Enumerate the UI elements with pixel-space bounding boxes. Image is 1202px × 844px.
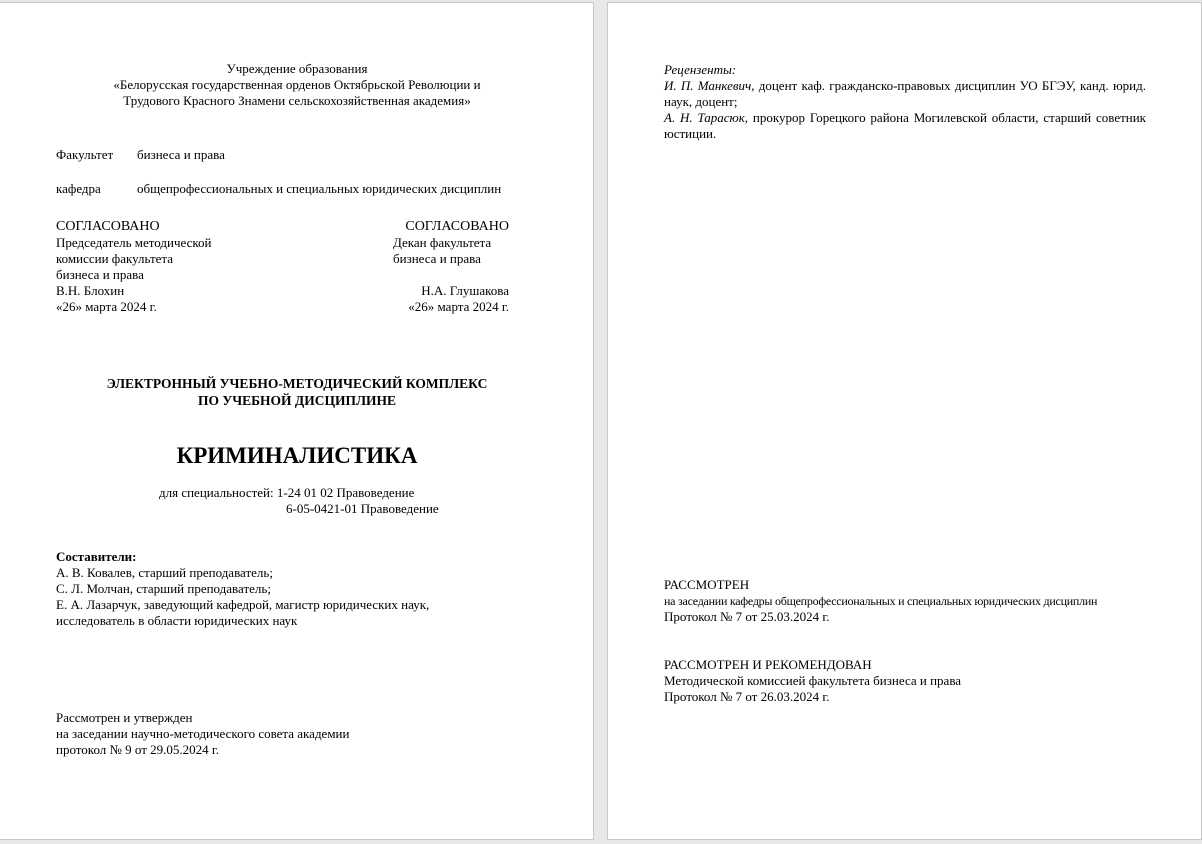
agreed-right-line: Декан факультета: [393, 235, 509, 251]
reviewers-header: Рецензенты:: [664, 62, 1146, 78]
reviewers-block: Рецензенты: И. П. Манкевич, доцент каф. …: [664, 62, 1146, 142]
approved-line: протокол № 9 от 29.05.2024 г.: [56, 742, 349, 758]
reviewed-header: РАССМОТРЕН: [664, 577, 1097, 593]
department-label: кафедра: [56, 181, 101, 197]
agreed-left-name: В.Н. Блохин: [56, 283, 212, 299]
recommended-line-2: Протокол № 7 от 26.03.2024 г.: [664, 689, 961, 705]
agreed-right-line: бизнеса и права: [393, 251, 509, 267]
agreed-right-header: СОГЛАСОВАНО: [393, 218, 509, 235]
faculty-value: бизнеса и права: [137, 147, 225, 163]
author-line: С. Л. Молчан, старший преподаватель;: [56, 581, 429, 597]
agreed-block-left: СОГЛАСОВАНО Председатель методической ко…: [56, 218, 212, 315]
reviewed-line-2: Протокол № 7 от 25.03.2024 г.: [664, 609, 1097, 625]
approved-line: на заседании научно-методического совета…: [56, 726, 349, 742]
discipline-title: КРИМИНАЛИСТИКА: [0, 442, 594, 470]
document-page-2: Рецензенты: И. П. Манкевич, доцент каф. …: [607, 2, 1202, 840]
agreed-left-line: комиссии факультета: [56, 251, 212, 267]
agreed-left-line: бизнеса и права: [56, 267, 212, 283]
document-page-1: Учреждение образования «Белорусская госу…: [0, 2, 594, 840]
reviewed-line-1: на заседании кафедры общепрофессиональны…: [664, 593, 1097, 609]
faculty-label: Факультет: [56, 147, 113, 163]
institution-line-1: Учреждение образования: [0, 61, 594, 77]
recommended-block: РАССМОТРЕН И РЕКОМЕНДОВАН Методической к…: [664, 657, 961, 705]
institution-line-3: Трудового Красного Знамени сельскохозяйс…: [0, 93, 594, 109]
department-value: общепрофессиональных и специальных юриди…: [137, 181, 501, 197]
agreed-block-right: СОГЛАСОВАНО Декан факультета бизнеса и п…: [393, 218, 509, 315]
reviewed-block: РАССМОТРЕН на заседании кафедры общепроф…: [664, 577, 1097, 625]
authors-header: Составители:: [56, 549, 429, 565]
reviewer-name: И. П. Манкевич: [664, 78, 751, 93]
reviewer-name: А. Н. Тарасюк,: [664, 110, 748, 125]
specialties-block: для специальностей: 1-24 01 02 Правоведе…: [159, 485, 439, 517]
approved-block: Рассмотрен и утвержден на заседании науч…: [56, 710, 349, 758]
approved-line: Рассмотрен и утвержден: [56, 710, 349, 726]
author-line: Е. А. Лазарчук, заведующий кафедрой, маг…: [56, 597, 429, 613]
institution-line-2: «Белорусская государственная орденов Окт…: [0, 77, 594, 93]
agreed-left-line: Председатель методической: [56, 235, 212, 251]
author-line: исследователь в области юридических наук: [56, 613, 429, 629]
institution-header: Учреждение образования «Белорусская госу…: [0, 61, 594, 109]
recommended-line-1: Методической комиссией факультета бизнес…: [664, 673, 961, 689]
agreed-right-date: «26» марта 2024 г.: [393, 299, 509, 315]
specialty-item: 1-24 01 02 Правоведение: [277, 485, 415, 500]
authors-block: Составители: А. В. Ковалев, старший преп…: [56, 549, 429, 629]
agreed-right-name: Н.А. Глушакова: [393, 283, 509, 299]
complex-title-line-2: ПО УЧЕБНОЙ ДИСЦИПЛИНЕ: [0, 392, 594, 409]
reviewer-item: И. П. Манкевич, доцент каф. гражданско-п…: [664, 78, 1146, 110]
complex-title-line-1: ЭЛЕКТРОННЫЙ УЧЕБНО-МЕТОДИЧЕСКИЙ КОМПЛЕКС: [0, 375, 594, 392]
agreed-left-header: СОГЛАСОВАНО: [56, 218, 212, 235]
specialty-item: 6-05-0421-01 Правоведение: [159, 501, 439, 517]
recommended-header: РАССМОТРЕН И РЕКОМЕНДОВАН: [664, 657, 961, 673]
author-line: А. В. Ковалев, старший преподаватель;: [56, 565, 429, 581]
specialties-label: для специальностей:: [159, 485, 274, 500]
agreed-left-date: «26» марта 2024 г.: [56, 299, 212, 315]
reviewer-item: А. Н. Тарасюк, прокурор Горецкого района…: [664, 110, 1146, 142]
complex-title: ЭЛЕКТРОННЫЙ УЧЕБНО-МЕТОДИЧЕСКИЙ КОМПЛЕКС…: [0, 375, 594, 409]
